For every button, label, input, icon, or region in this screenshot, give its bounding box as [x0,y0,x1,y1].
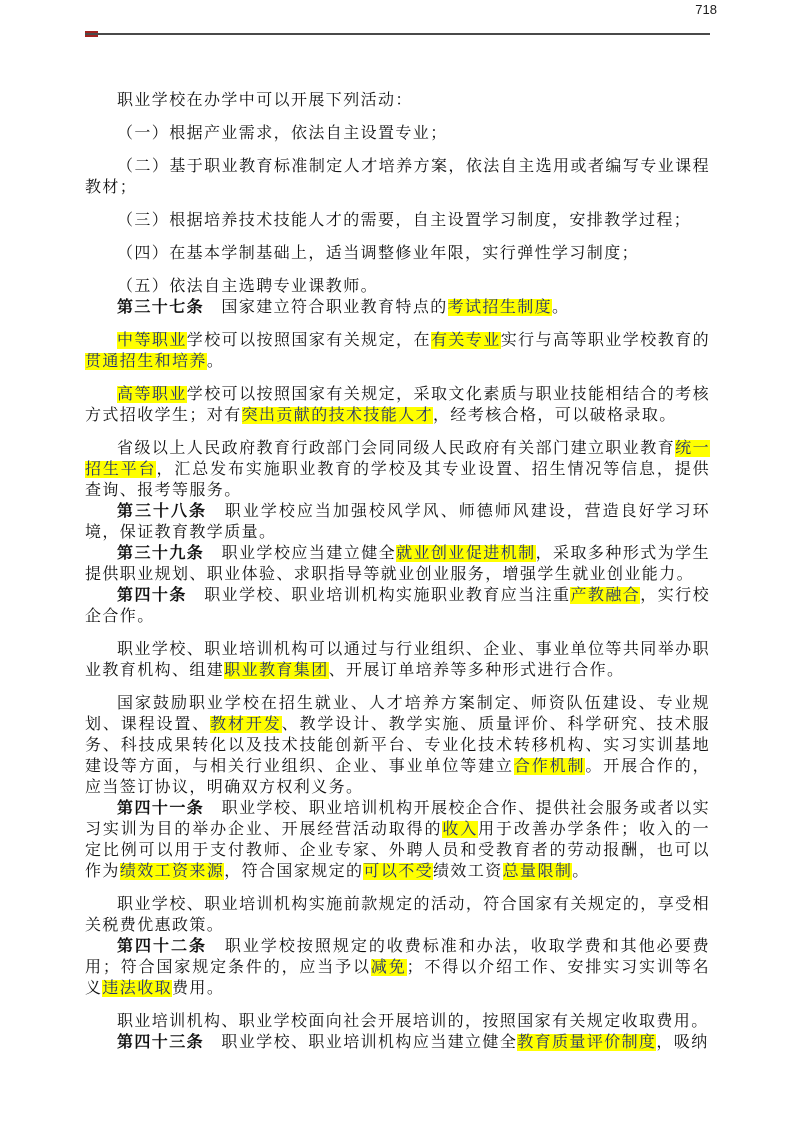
article-number: 第三十八条 [117,503,207,520]
text-run: （四）在基本学制基础上，适当调整修业年限，实行弹性学习制度； [117,245,639,262]
highlighted-text: 合作机制 [514,758,585,775]
paragraph: （一）根据产业需求，依法自主设置专业； [85,123,710,144]
highlighted-text: 高等职业 [117,386,187,403]
highlighted-text: 总量限制 [503,863,573,880]
paragraph: 职业学校、职业培训机构可以通过与行业组织、企业、事业单位等共同举办职业教育机构、… [85,639,710,681]
paragraph: 职业学校在办学中可以开展下列活动： [85,90,710,111]
document-page: 718 职业学校在办学中可以开展下列活动：（一）根据产业需求，依法自主设置专业；… [0,0,793,1122]
article-number: 第三十九条 [117,545,204,562]
text-run: 职业学校、职业培训机构实施前款规定的活动，符合国家有关规定的，享受相关税费优惠政… [85,896,710,934]
article-number: 第四十条 [117,587,187,604]
text-run: （一）根据产业需求，依法自主设置专业； [117,125,448,142]
text-run: 省级以上人民政府教育行政部门会同同级人民政府有关部门建立职业教育 [117,440,675,457]
text-run: 职业培训机构、职业学校面向社会开展培训的，按照国家有关规定收取费用。 [117,1013,709,1030]
paragraph: 职业培训机构、职业学校面向社会开展培训的，按照国家有关规定收取费用。 [85,1011,710,1032]
paragraph: 第四十二条 职业学校按照规定的收费标准和办法，收取学费和其他必要费用；符合国家规… [85,936,710,999]
highlighted-text: 减免 [371,959,407,976]
paragraph: 第三十九条 职业学校应当建立健全就业创业促进机制，采取多种形式为学生提供职业规划… [85,543,710,585]
article-number: 第三十七条 [117,299,204,316]
paragraph: 职业学校、职业培训机构实施前款规定的活动，符合国家有关规定的，享受相关税费优惠政… [85,894,710,936]
highlighted-text: 教育质量评价制度 [517,1034,656,1051]
text-run: 国家建立符合职业教育特点的 [204,299,448,316]
highlighted-text: 突出贡献的技术技能人才 [242,407,433,424]
header-rule [85,33,710,35]
text-run: （二）基于职业教育标准制定人才培养方案，依法自主选用或者编写专业课程教材； [85,158,710,196]
text-run: 。 [572,863,589,880]
paragraph: （四）在基本学制基础上，适当调整修业年限，实行弹性学习制度； [85,243,710,264]
text-run: ，汇总发布实施职业教育的学校及其专业设置、招生情况等信息，提供查询、报考等服务。 [85,461,710,499]
text-run: ，经考核合格，可以破格录取。 [433,407,677,424]
article-number: 第四十三条 [117,1034,204,1051]
text-run: ，符合国家规定的 [224,863,363,880]
text-run: 、开展订单培养等多种形式进行合作。 [329,662,625,679]
highlighted-text: 教材开发 [210,716,281,733]
paragraph: （三）根据培养技术技能人才的需要，自主设置学习制度，安排教学过程； [85,210,710,231]
text-run: 费用。 [172,980,224,997]
text-run: 职业学校、职业培训机构应当建立健全 [204,1034,517,1051]
paragraph: （二）基于职业教育标准制定人才培养方案，依法自主选用或者编写专业课程教材； [85,156,710,198]
document-body: 职业学校在办学中可以开展下列活动：（一）根据产业需求，依法自主设置专业；（二）基… [85,90,710,1053]
highlighted-text: 可以不受 [363,863,433,880]
text-run: 学校可以按照国家有关规定，在 [187,332,431,349]
paragraph: 第四十条 职业学校、职业培训机构实施职业教育应当注重产教融合，实行校企合作。 [85,585,710,627]
text-run: 。 [207,353,224,370]
text-run: （五）依法自主选聘专业课教师。 [117,278,378,295]
highlighted-text: 收入 [442,821,478,838]
highlighted-text: 贯通招生和培养 [85,353,207,370]
text-run: 职业学校、职业培训机构实施职业教育应当注重 [187,587,571,604]
paragraph: 高等职业学校可以按照国家有关规定，采取文化素质与职业技能相结合的考核方式招收学生… [85,384,710,426]
highlighted-text: 中等职业 [117,332,187,349]
highlighted-text: 考试招生制度 [448,299,552,316]
highlighted-text: 职业教育集团 [224,662,328,679]
highlighted-text: 产教融合 [570,587,640,604]
page-number: 718 [695,2,717,17]
text-run: 职业学校应当建立健全 [204,545,396,562]
text-run: 职业学校在办学中可以开展下列活动： [117,92,413,109]
text-run: （三）根据培养技术技能人才的需要，自主设置学习制度，安排教学过程； [117,212,691,229]
paragraph: 第四十一条 职业学校、职业培训机构开展校企合作、提供社会服务或者以实习实训为目的… [85,798,710,882]
text-run: 实行与高等职业学校教育的 [501,332,710,349]
text-run: 绩效工资 [433,863,503,880]
paragraph: （五）依法自主选聘专业课教师。 [85,276,710,297]
paragraph: 中等职业学校可以按照国家有关规定，在有关专业实行与高等职业学校教育的贯通招生和培… [85,330,710,372]
paragraph: 第四十三条 职业学校、职业培训机构应当建立健全教育质量评价制度，吸纳 [85,1032,710,1053]
highlighted-text: 有关专业 [431,332,501,349]
highlighted-text: 绩效工资来源 [120,863,224,880]
highlighted-text: 违法收取 [102,980,172,997]
paragraph: 国家鼓励职业学校在招生就业、人才培养方案制定、师资队伍建设、专业规划、课程设置、… [85,693,710,798]
paragraph: 第三十八条 职业学校应当加强校风学风、师德师风建设，营造良好学习环境，保证教育教… [85,501,710,543]
paragraph: 第三十七条 国家建立符合职业教育特点的考试招生制度。 [85,297,710,318]
text-run: 。 [552,299,569,316]
highlighted-text: 就业创业促进机制 [396,545,536,562]
paragraph: 省级以上人民政府教育行政部门会同同级人民政府有关部门建立职业教育统一招生平台，汇… [85,438,710,501]
text-run: ，吸纳 [656,1034,708,1051]
article-number: 第四十一条 [117,800,204,817]
article-number: 第四十二条 [117,938,207,955]
